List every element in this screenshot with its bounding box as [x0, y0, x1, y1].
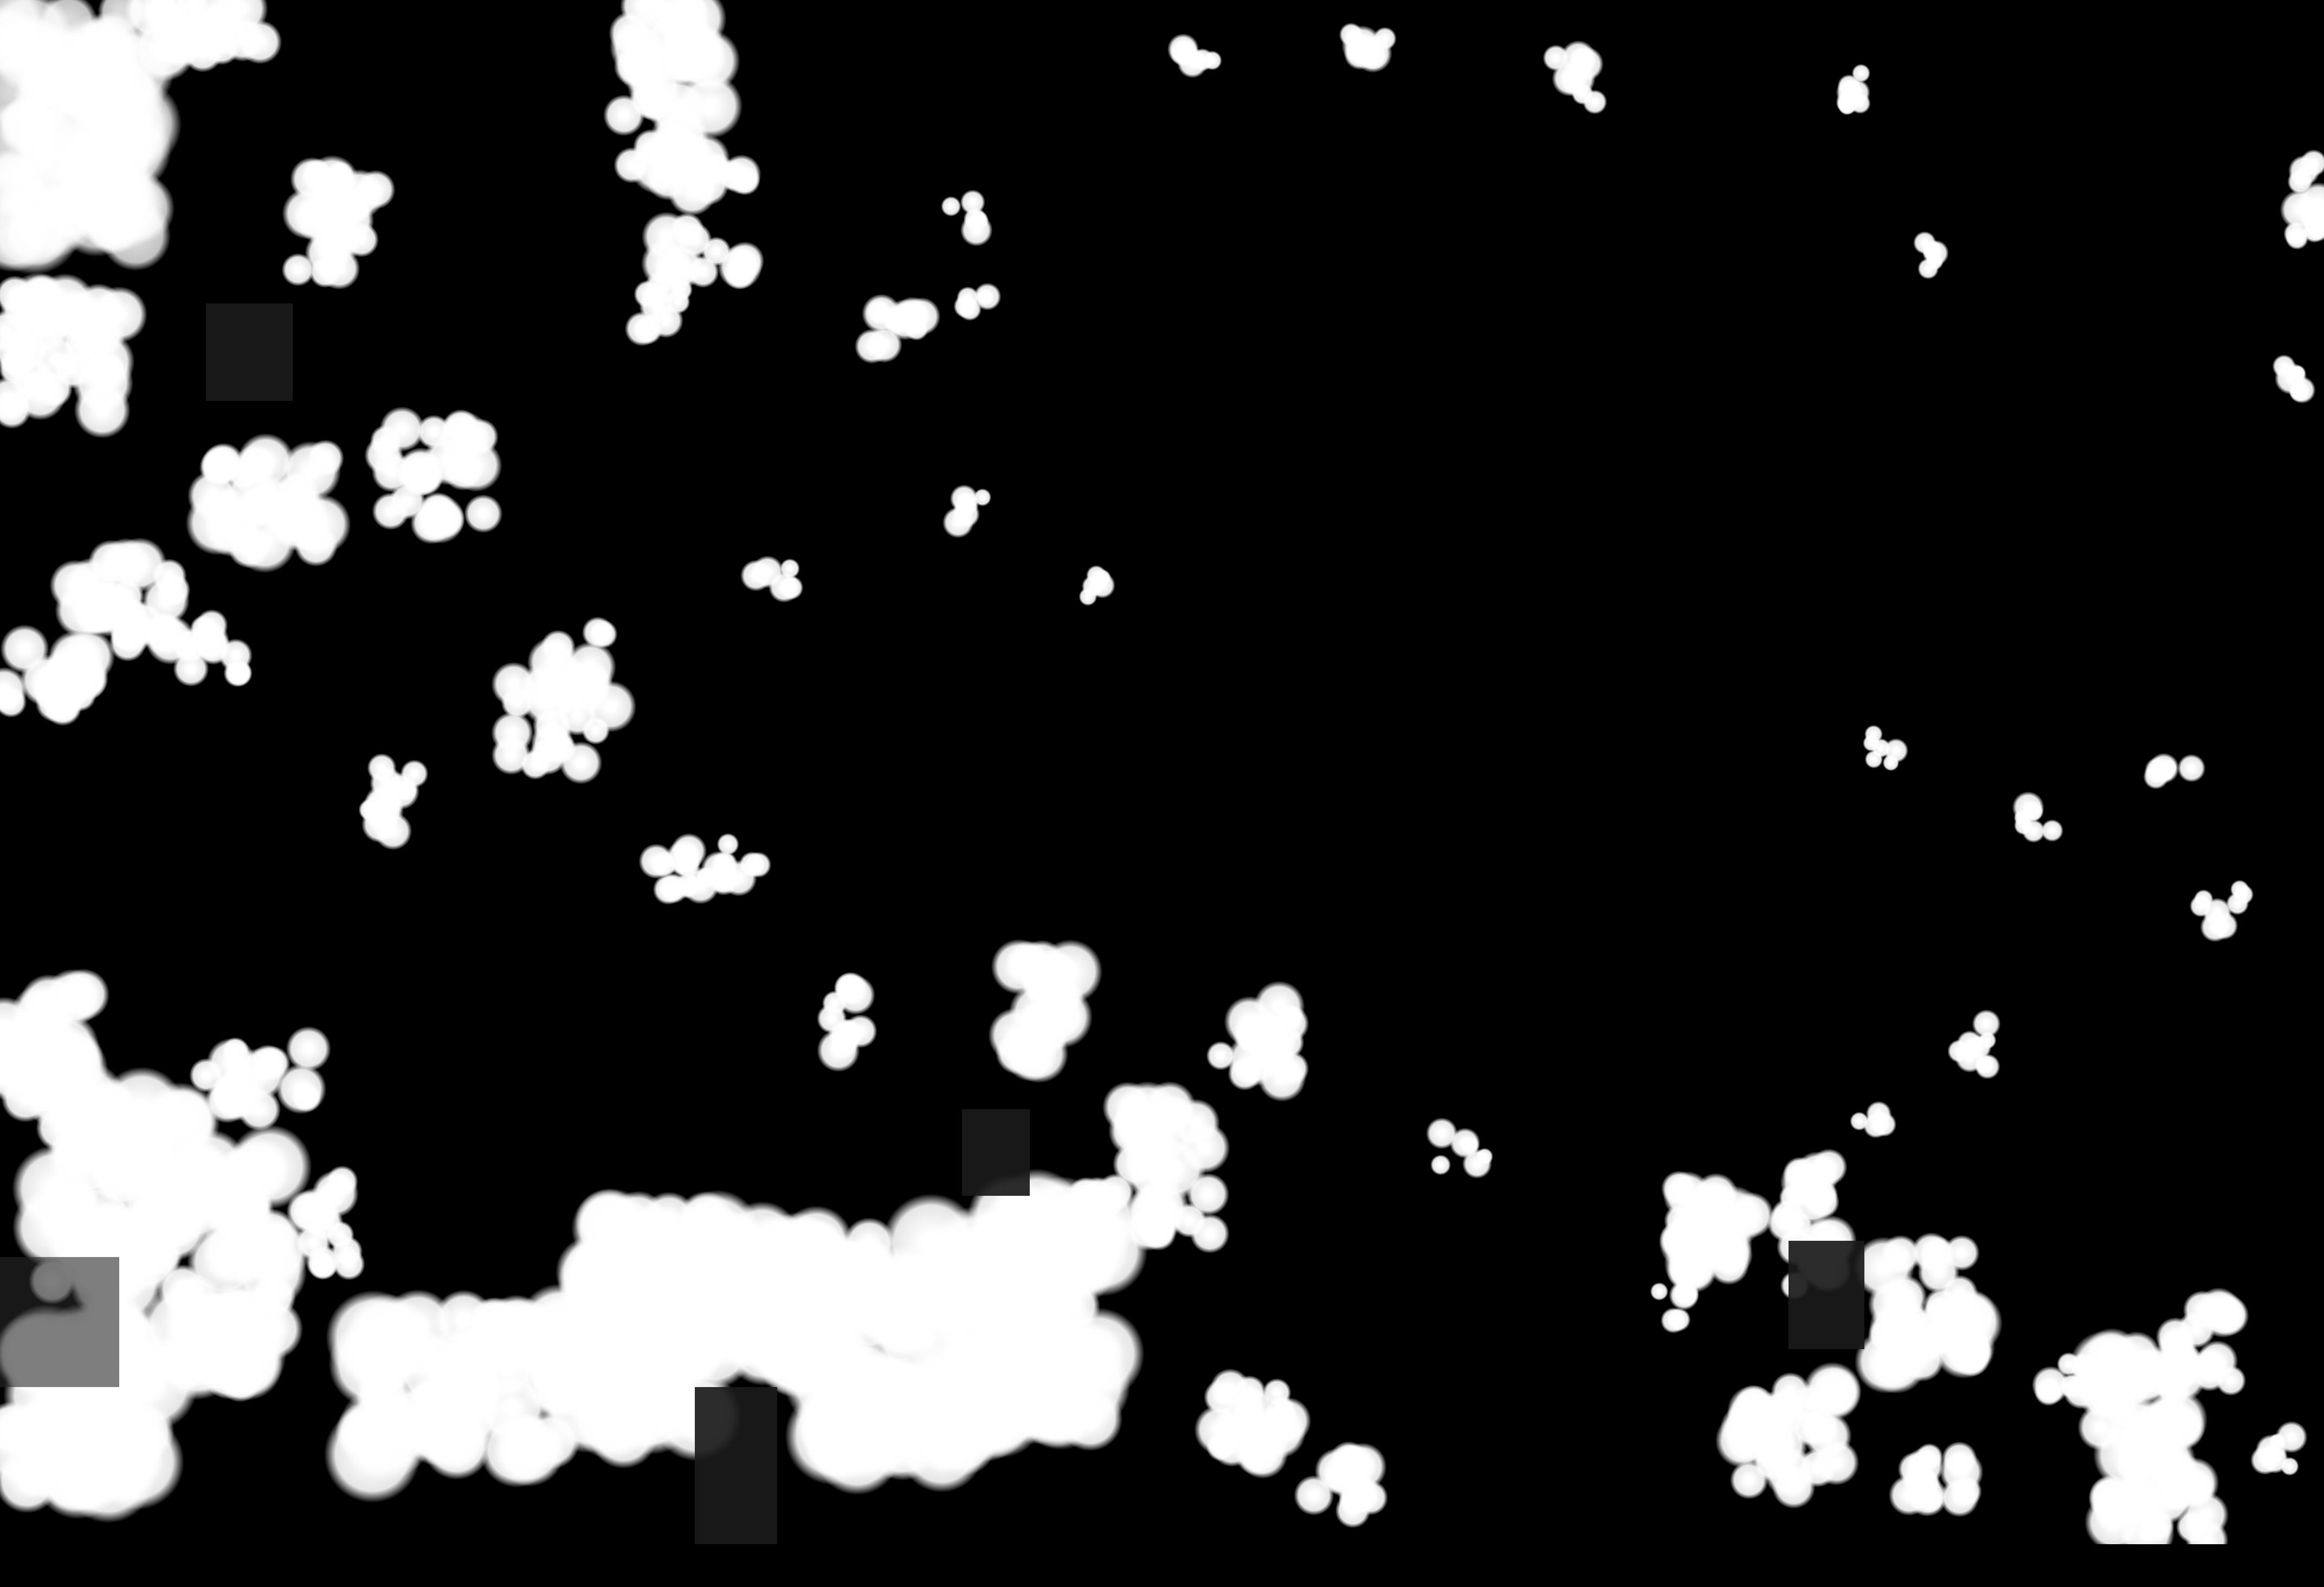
bottom-black-strip	[0, 1544, 2324, 1587]
satellite-cloud-image	[0, 0, 2324, 1587]
